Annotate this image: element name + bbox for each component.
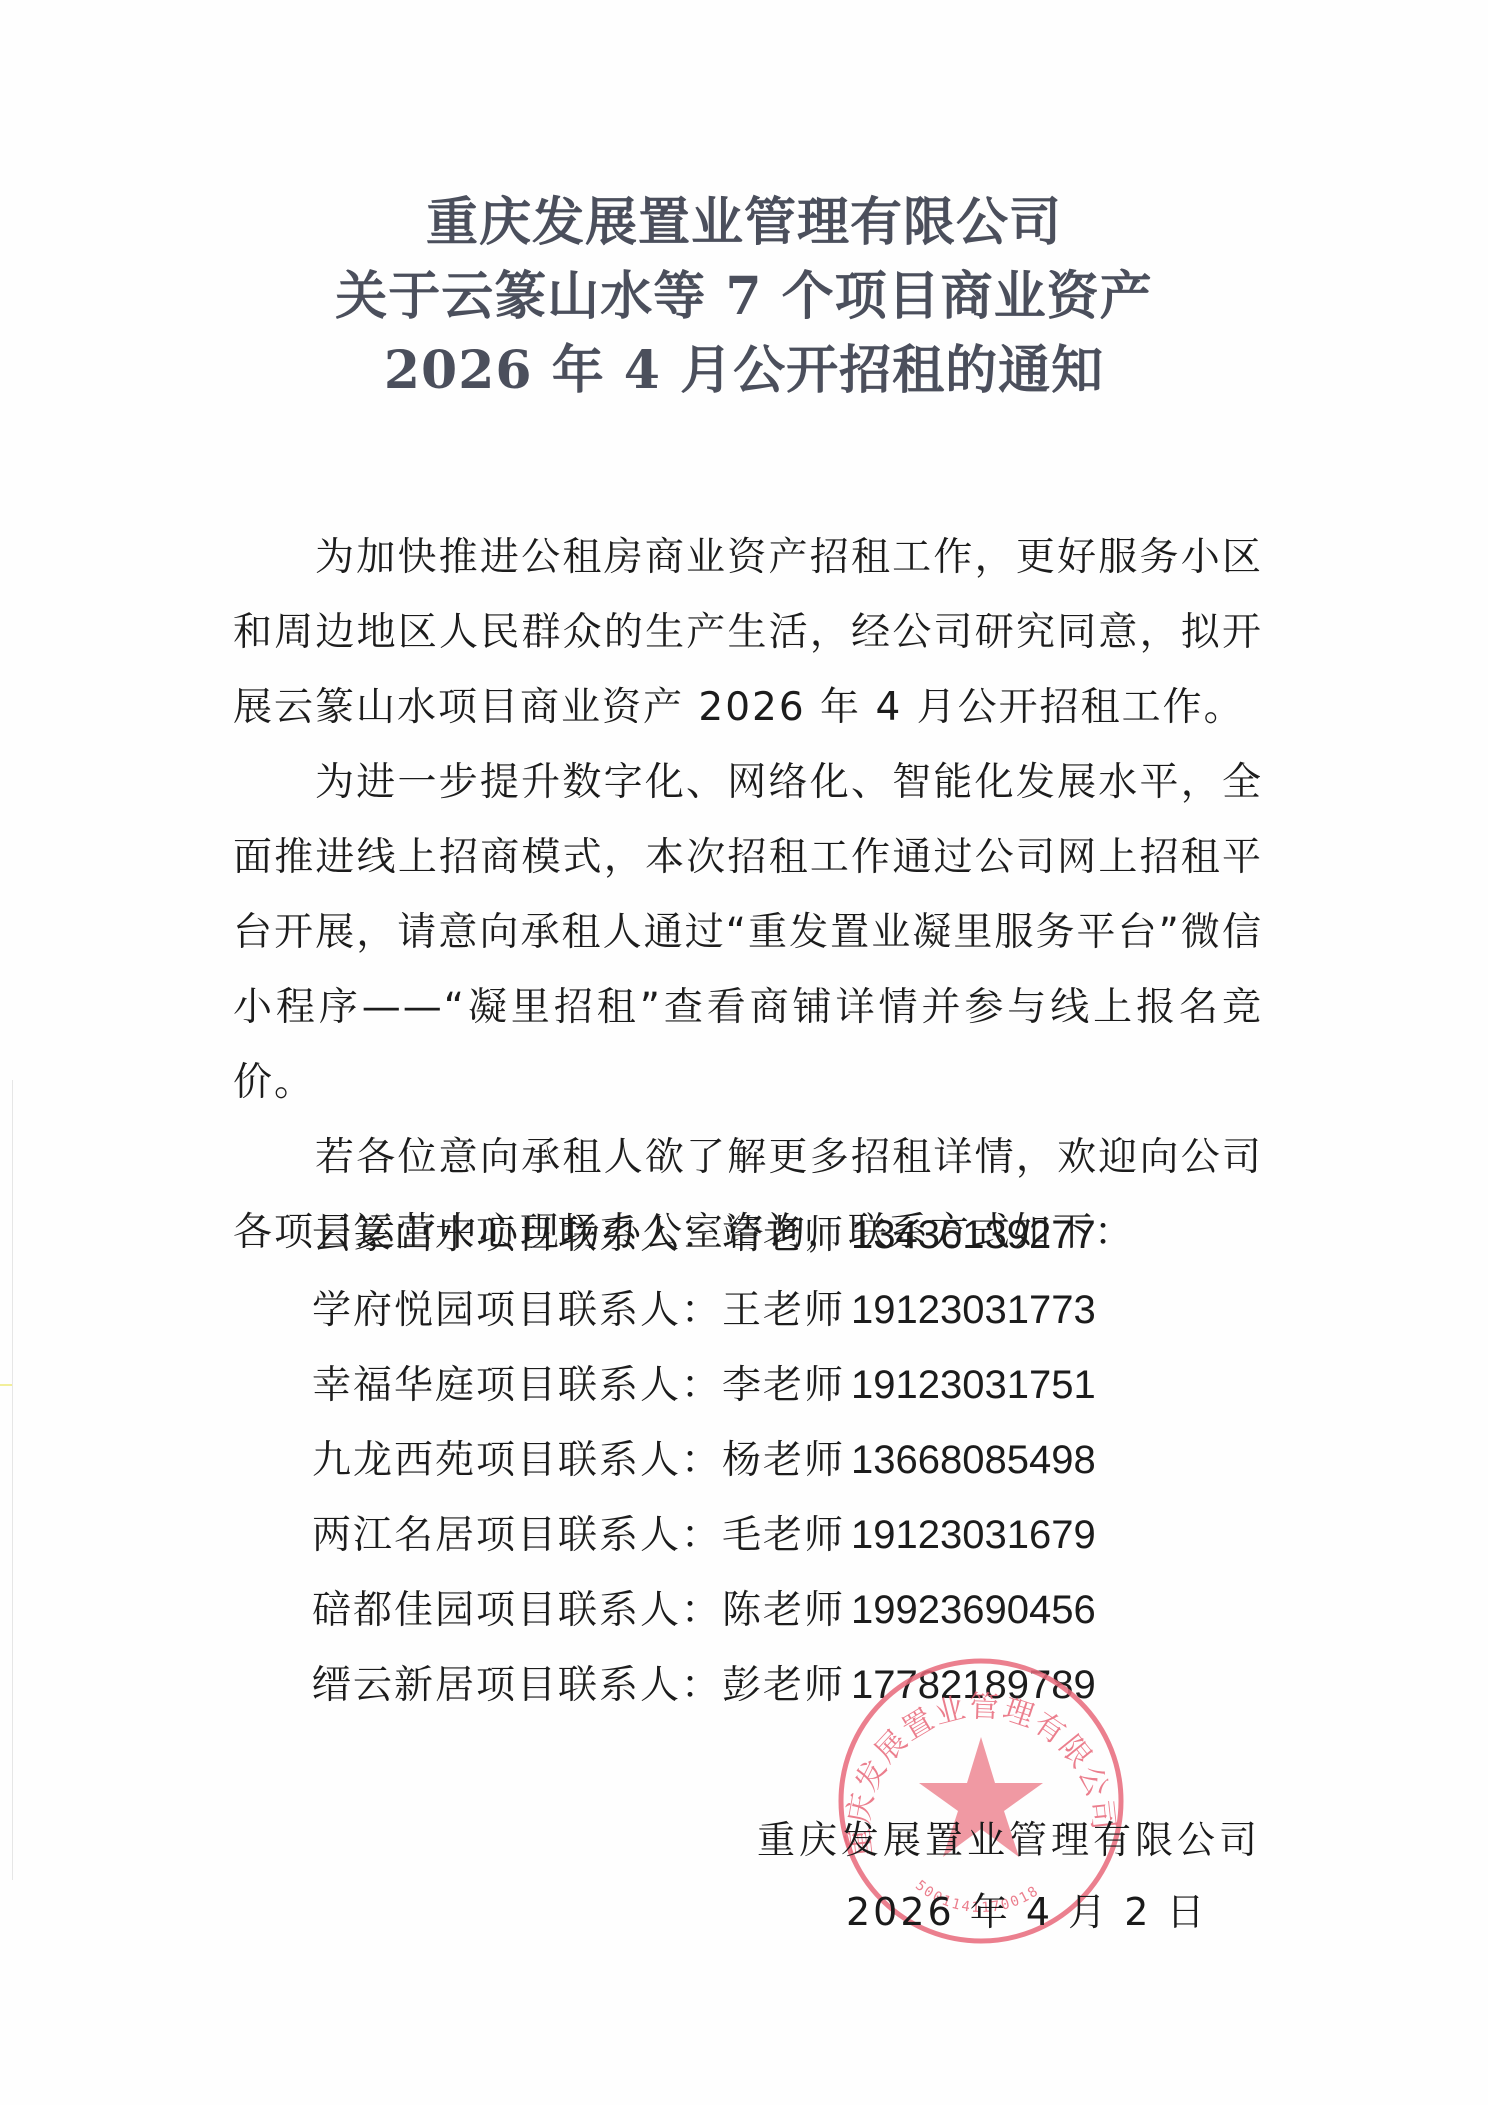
document-body: 为加快推进公租房商业资产招租工作，更好服务小区和周边地区人民群众的生产生活，经公… <box>233 520 1263 1270</box>
contact-phone: 19123031773 <box>851 1288 1096 1332</box>
paragraph-purpose: 为加快推进公租房商业资产招租工作，更好服务小区和周边地区人民群众的生产生活，经公… <box>233 520 1263 745</box>
contact-name: 李老师 <box>722 1363 845 1408</box>
contact-label: 幸福华庭项目联系人： <box>312 1363 722 1408</box>
contact-list: 云篆山水项目联系人：靖老师13436139277 学府悦园项目联系人：王老师19… <box>312 1198 1096 1723</box>
contact-label: 云篆山水项目联系人： <box>312 1213 722 1258</box>
document-page: 重庆发展置业管理有限公司 关于云篆山水等 7 个项目商业资产 2026 年 4 … <box>0 0 1488 2105</box>
signature-date: 2026 年 4 月 2 日 <box>846 1884 1207 1940</box>
title-line-date: 2026 年 4 月公开招租的通知 <box>0 334 1488 408</box>
contact-name: 彭老师 <box>722 1663 845 1708</box>
title-line-subject: 关于云篆山水等 7 个项目商业资产 <box>0 260 1488 334</box>
contact-phone: 19123031679 <box>851 1513 1096 1557</box>
contact-name: 王老师 <box>722 1288 845 1333</box>
contact-phone: 19923690456 <box>851 1588 1096 1632</box>
contact-name: 杨老师 <box>722 1438 845 1483</box>
contact-item: 云篆山水项目联系人：靖老师13436139277 <box>312 1198 1096 1273</box>
contact-label: 碚都佳园项目联系人： <box>312 1588 722 1633</box>
title-line-company: 重庆发展置业管理有限公司 <box>0 186 1488 260</box>
contact-label: 学府悦园项目联系人： <box>312 1288 722 1333</box>
scan-edge-line <box>12 1080 13 1880</box>
contact-phone: 13668085498 <box>851 1438 1096 1482</box>
contact-label: 缙云新居项目联系人： <box>312 1663 722 1708</box>
contact-name: 靖老师 <box>722 1213 845 1258</box>
paragraph-online-platform: 为进一步提升数字化、网络化、智能化发展水平，全面推进线上招商模式，本次招租工作通… <box>233 745 1263 1120</box>
contact-name: 毛老师 <box>722 1513 845 1558</box>
contact-item: 幸福华庭项目联系人：李老师19123031751 <box>312 1348 1096 1423</box>
contact-item: 两江名居项目联系人：毛老师19123031679 <box>312 1498 1096 1573</box>
contact-phone: 13436139277 <box>851 1213 1096 1257</box>
contact-label: 两江名居项目联系人： <box>312 1513 722 1558</box>
signature-company: 重庆发展置业管理有限公司 <box>757 1812 1261 1868</box>
contact-label: 九龙西苑项目联系人： <box>312 1438 722 1483</box>
contact-item: 九龙西苑项目联系人：杨老师13668085498 <box>312 1423 1096 1498</box>
contact-item: 学府悦园项目联系人：王老师19123031773 <box>312 1273 1096 1348</box>
contact-item: 碚都佳园项目联系人：陈老师19923690456 <box>312 1573 1096 1648</box>
scan-artifact-mark <box>0 1384 12 1386</box>
contact-phone: 19123031751 <box>851 1363 1096 1407</box>
document-title: 重庆发展置业管理有限公司 关于云篆山水等 7 个项目商业资产 2026 年 4 … <box>0 186 1488 408</box>
contact-name: 陈老师 <box>722 1588 845 1633</box>
